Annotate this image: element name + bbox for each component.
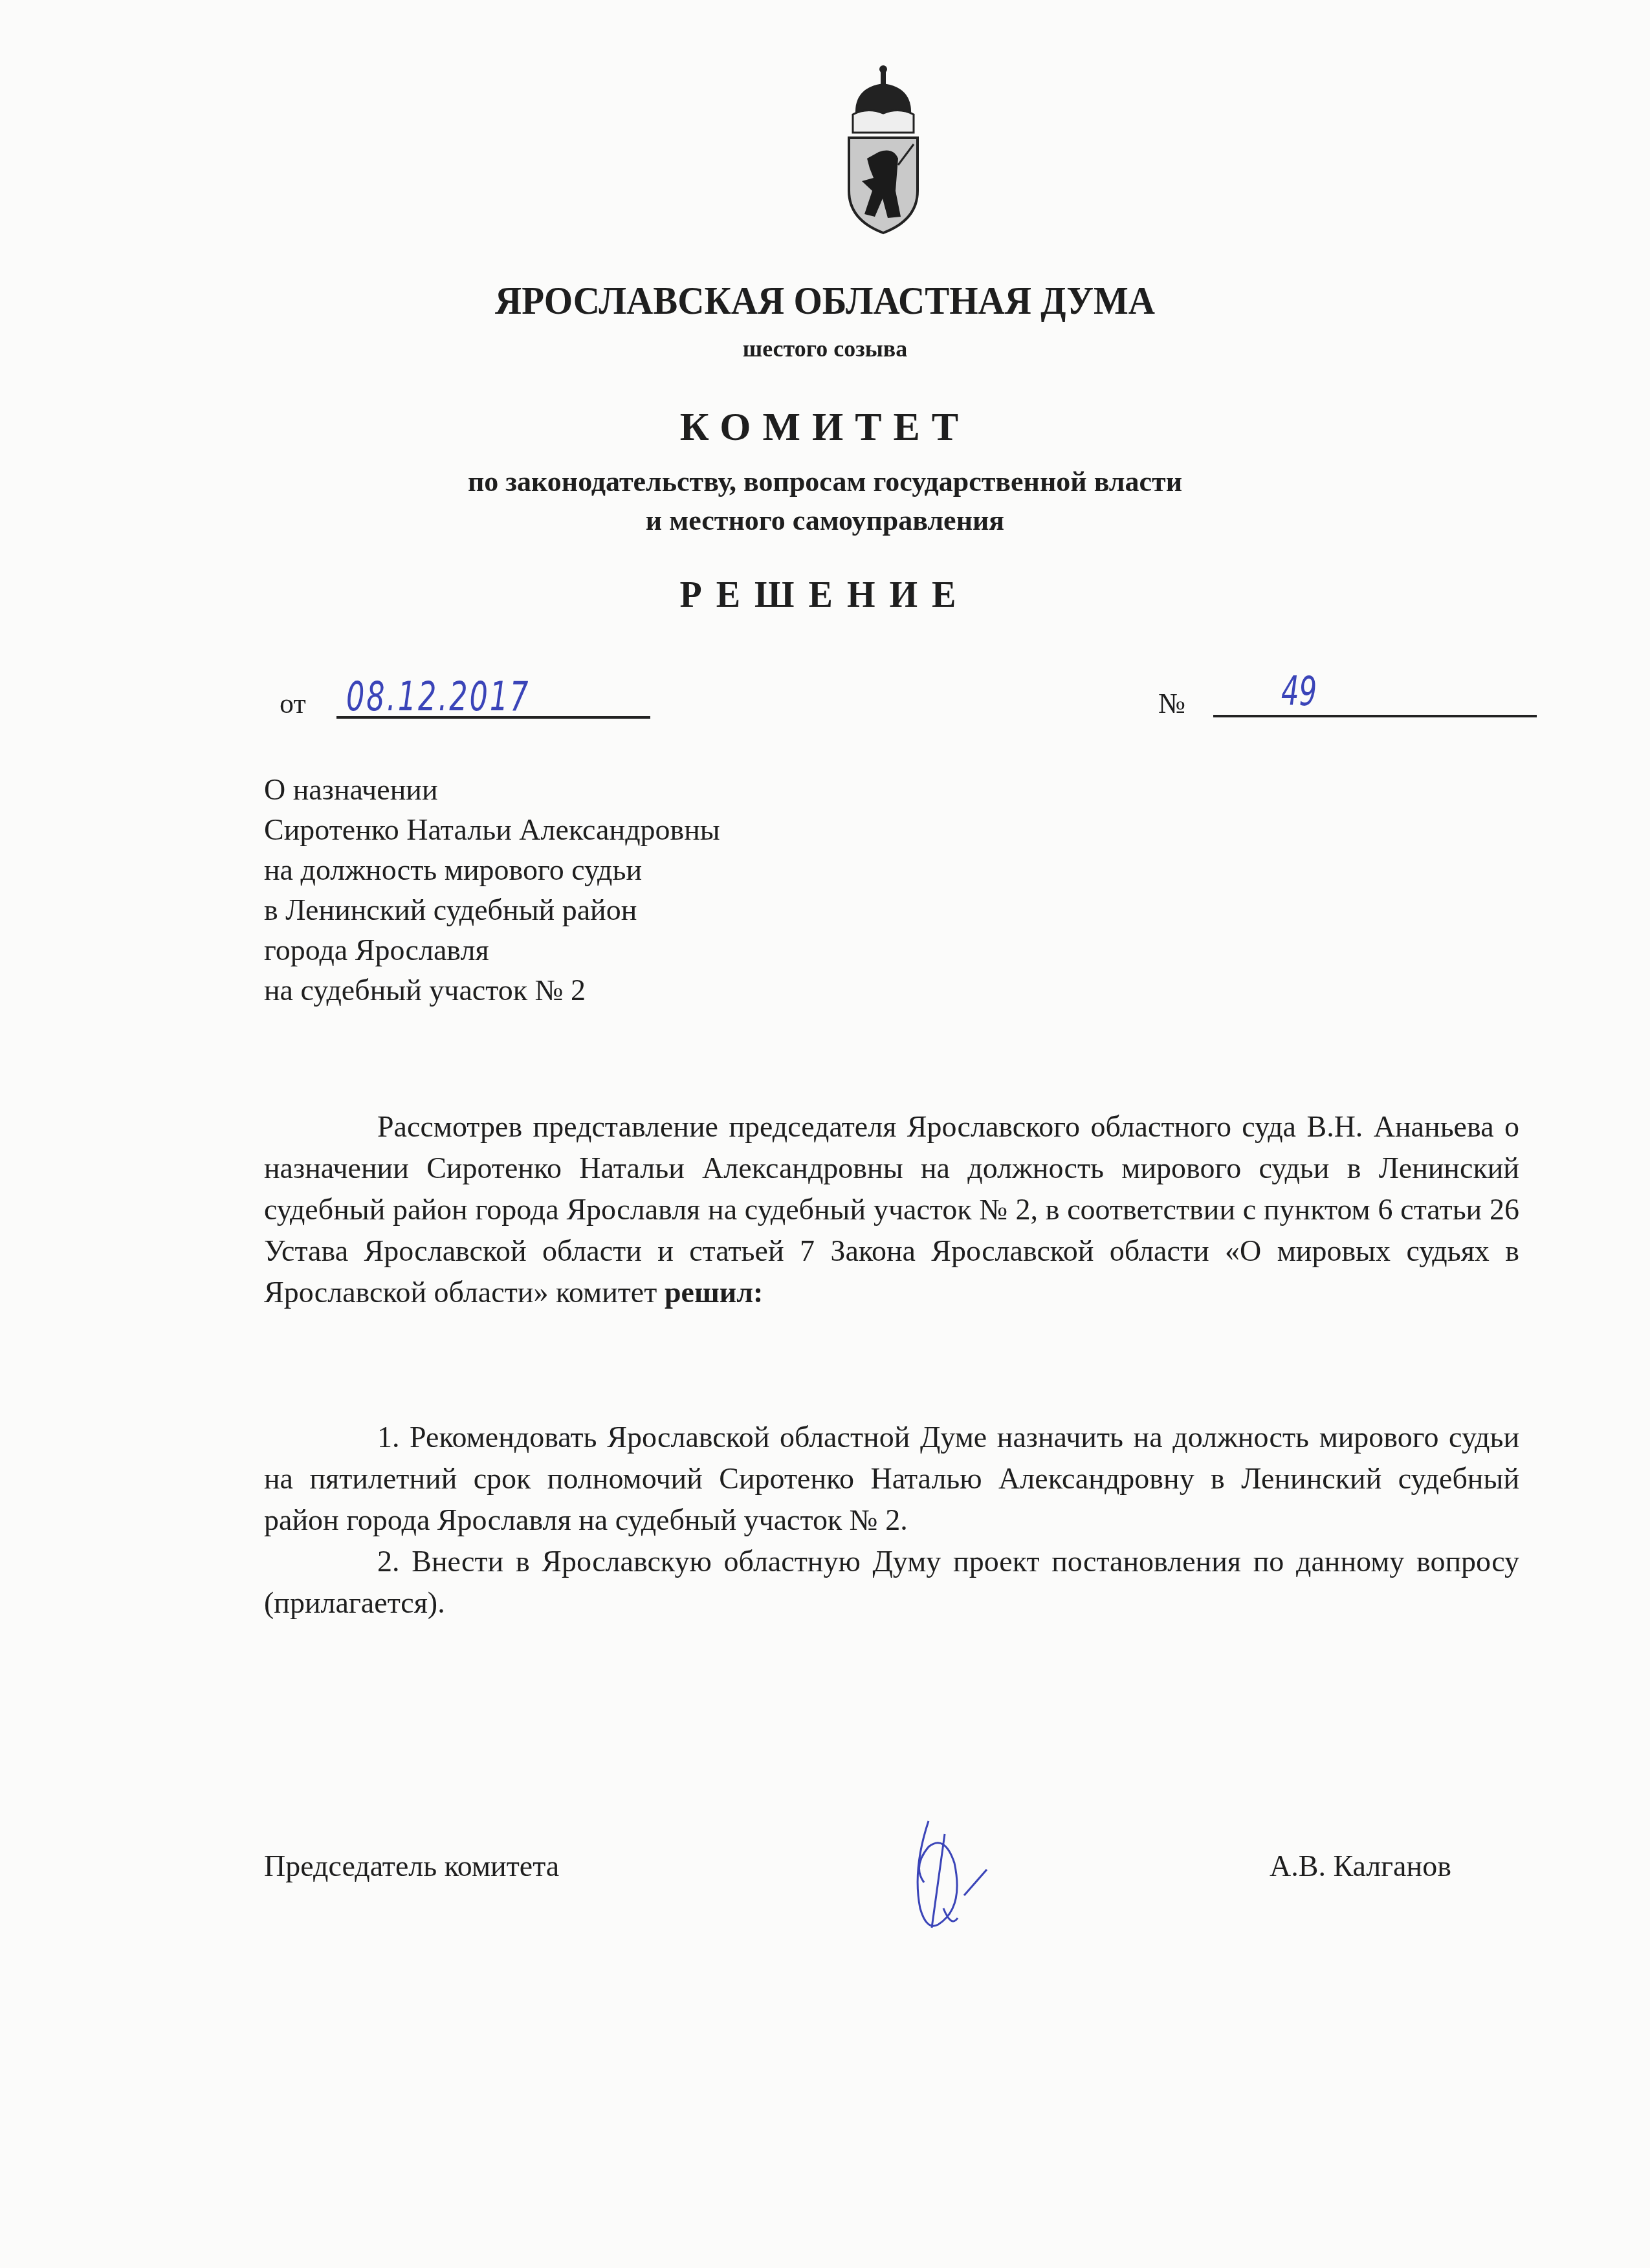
preamble-text: Рассмотрев представление председателя Яр… <box>264 1110 1519 1309</box>
subject-line: на судебный участок № 2 <box>264 970 720 1010</box>
number-underline <box>1213 715 1537 717</box>
subject-line: города Ярославля <box>264 930 720 970</box>
number-value: 49 <box>1281 668 1317 715</box>
preamble-paragraph: Рассмотрев представление председателя Яр… <box>264 1106 1519 1313</box>
handwritten-signature-icon <box>867 1798 1074 1947</box>
committee-subtitle: по законодательству, вопросам государств… <box>0 463 1650 540</box>
organization-title: ЯРОСЛАВСКАЯ ОБЛАСТНАЯ ДУМА <box>66 278 1584 324</box>
yaroslavl-coat-of-arms-icon <box>841 61 925 236</box>
document-type-title: РЕШЕНИЕ <box>0 574 1650 616</box>
committee-title: КОМИТЕТ <box>0 404 1650 450</box>
convocation-label: шестого созыва <box>0 335 1650 362</box>
resolution-items: 1. Рекомендовать Ярославской областной Д… <box>264 1417 1519 1624</box>
signatory-name: А.В. Калганов <box>1270 1849 1451 1883</box>
number-label: № <box>1158 687 1185 720</box>
resolution-item: 2. Внести в Ярославскую областную Думу п… <box>264 1541 1519 1624</box>
committee-subtitle-line2: и местного самоуправления <box>0 501 1650 540</box>
subject-block: О назначении Сиротенко Натальи Александр… <box>264 770 720 1010</box>
date-value: 08.12.2017 <box>346 673 530 720</box>
resolution-word: решил: <box>665 1276 763 1309</box>
subject-line: в Ленинский судебный район <box>264 890 720 930</box>
committee-subtitle-line1: по законодательству, вопросам государств… <box>0 463 1650 501</box>
resolution-item: 1. Рекомендовать Ярославской областной Д… <box>264 1417 1519 1541</box>
subject-line: Сиротенко Натальи Александровны <box>264 810 720 850</box>
signatory-role: Председатель комитета <box>264 1849 559 1883</box>
subject-line: на должность мирового судьи <box>264 850 720 890</box>
date-label: от <box>280 687 306 720</box>
subject-line: О назначении <box>264 770 720 810</box>
